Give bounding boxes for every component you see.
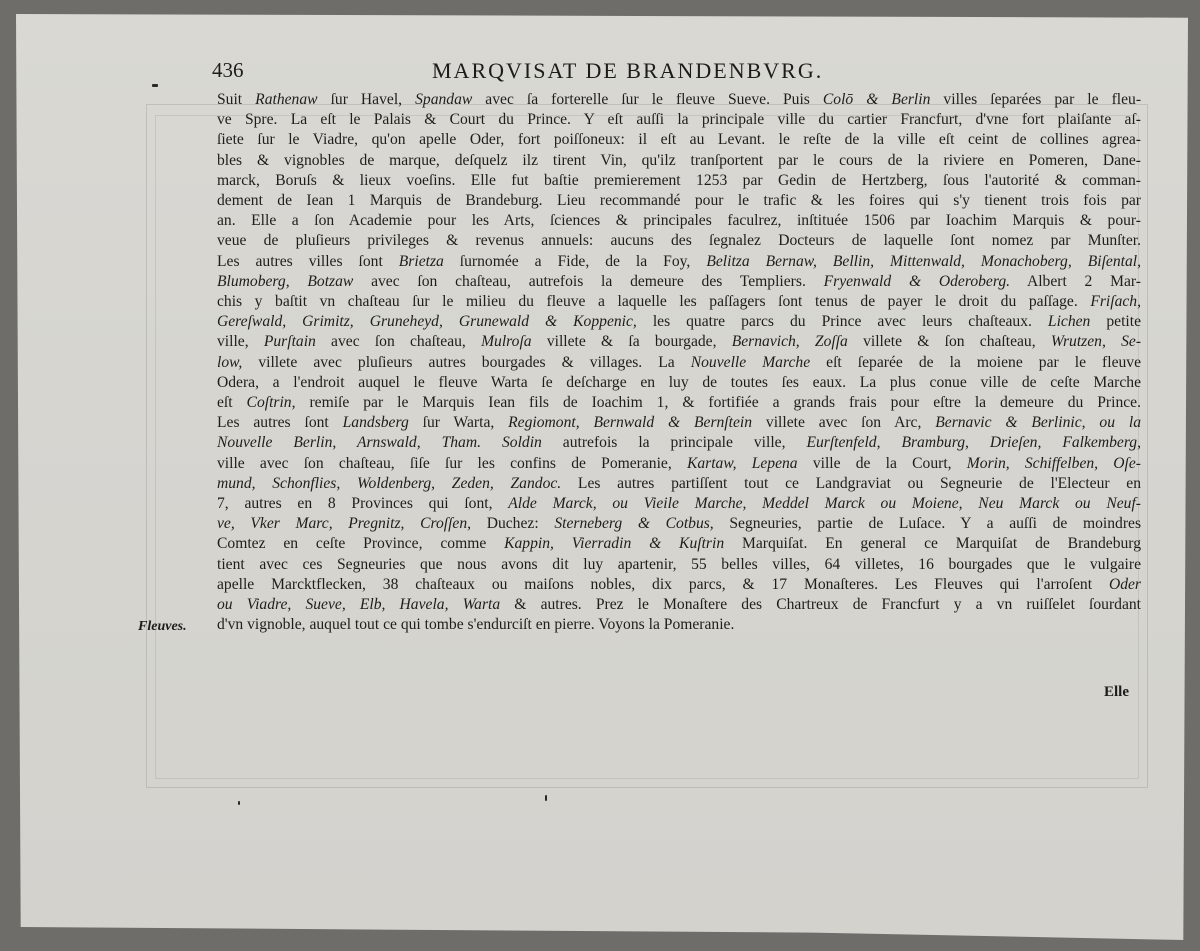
- text-line: tient avec ces Segneuries que nous avons…: [217, 555, 1141, 575]
- text-run: ſur Warta,: [409, 414, 508, 431]
- text-line: low, villete avec pluſieurs autres bourg…: [217, 353, 1141, 373]
- italic-proper-noun: Bernavic & Berlinic, ou la: [935, 414, 1141, 431]
- italic-proper-noun: Spandaw: [415, 91, 472, 108]
- text-line: Gereſwald, Grimitz, Gruneheyd, Grunewald…: [217, 312, 1141, 332]
- italic-proper-noun: Morin, Schiffelben, Oſe-: [967, 455, 1141, 472]
- text-line: ve Spre. La eſt le Palais & Court du Pri…: [217, 110, 1141, 130]
- text-run: petite: [1090, 313, 1141, 330]
- text-line: d'vn vignoble, auquel tout ce qui tombe …: [217, 615, 1141, 635]
- text-line: Blumoberg, Botzaw avec ſon chaſteau, aut…: [217, 272, 1141, 292]
- italic-proper-noun: Lichen: [1048, 313, 1090, 330]
- italic-proper-noun: Mulroſa: [481, 333, 532, 350]
- italic-proper-noun: low,: [217, 354, 242, 371]
- italic-proper-noun: Purſtain: [264, 333, 316, 350]
- italic-proper-noun: Nouvelle Marche: [691, 354, 810, 371]
- page-number: 436: [212, 58, 244, 83]
- ink-speck: [152, 84, 158, 87]
- text-run: ville,: [217, 333, 264, 350]
- italic-proper-noun: Eurſtenfeld, Bramburg, Drieſen, Falkembe…: [806, 434, 1141, 451]
- italic-proper-noun: Nouvelle Berlin, Arnswald, Tham. Soldin: [217, 434, 542, 451]
- text-line: bles & vignobles de marque, deſquelz ilz…: [217, 151, 1141, 171]
- text-run: les quatre parcs du Prince avec leurs ch…: [637, 313, 1048, 330]
- text-line: ville, Purſtain avec ſon chaſteau, Mulro…: [217, 332, 1141, 352]
- italic-proper-noun: ou Viadre, Sueve, Elb, Havela, Warta: [217, 596, 500, 613]
- italic-proper-noun: Bernavich, Zoſſa: [732, 333, 848, 350]
- text-run: Les autres villes ſont: [217, 253, 399, 270]
- text-run: ville avec ſon chaſteau, ſiſe ſur les co…: [217, 455, 687, 472]
- text-line: apelle Marcktflecken, 38 chaſteaux ou ma…: [217, 575, 1141, 595]
- text-run: ſurnomée a Fide, de la Foy,: [444, 253, 707, 270]
- catchword: Elle: [1104, 684, 1129, 701]
- text-run: Odera, a l'endroit auquel le fleuve Wart…: [217, 374, 1141, 391]
- text-line: ville avec ſon chaſteau, ſiſe ſur les co…: [217, 454, 1141, 474]
- italic-proper-noun: Kappin, Vierradin & Kuſtrin: [504, 535, 724, 552]
- text-run: chis y baſtit vn chaſteau ſur le milieu …: [217, 293, 1090, 310]
- italic-proper-noun: Fryenwald & Oderoberg.: [824, 273, 1010, 290]
- text-line: 7, autres en 8 Provinces qui ſont, Alde …: [217, 494, 1141, 514]
- text-run: villete avec ſon Arc,: [752, 414, 935, 431]
- text-line: ſiete ſur le Viadre, qu'on apelle Oder, …: [217, 130, 1141, 150]
- text-run: Duchez:: [471, 515, 554, 532]
- text-line: Suit Rathenaw ſur Havel, Spandaw avec ſa…: [217, 90, 1141, 110]
- text-run: 7, autres en 8 Provinces qui ſont,: [217, 495, 508, 512]
- text-run: Les autres partiſſent tout ce Landgravia…: [561, 475, 1141, 492]
- text-run: ſur Havel,: [318, 91, 416, 108]
- italic-proper-noun: Rathenaw: [255, 91, 317, 108]
- text-line: ve, Vker Marc, Pregnitz, Croſſen, Duchez…: [217, 514, 1141, 534]
- italic-proper-noun: Friſach,: [1090, 293, 1141, 310]
- italic-proper-noun: Landsberg: [343, 414, 409, 431]
- text-line: Nouvelle Berlin, Arnswald, Tham. Soldin …: [217, 433, 1141, 453]
- text-run: remiſe par le Marquis Iean fils de Ioach…: [296, 394, 1141, 411]
- text-line: ou Viadre, Sueve, Elb, Havela, Warta & a…: [217, 595, 1141, 615]
- ink-speck: [238, 801, 240, 805]
- italic-proper-noun: Colō & Berlin: [823, 91, 931, 108]
- italic-proper-noun: Regiomont, Bernwald & Bernſtein: [508, 414, 752, 431]
- italic-proper-noun: Belitza Bernaw, Bellin, Mittenwald, Mona…: [706, 253, 1141, 270]
- text-run: d'vn vignoble, auquel tout ce qui tombe …: [217, 616, 734, 633]
- text-line: marck, Boruſs & lieux voeſins. Elle fut …: [217, 171, 1141, 191]
- text-line: chis y baſtit vn chaſteau ſur le milieu …: [217, 292, 1141, 312]
- text-run: eſt ſeparée de la moiene par le fleuve: [810, 354, 1141, 371]
- text-run: eſt: [217, 394, 247, 411]
- text-run: tient avec ces Segneuries que nous avons…: [217, 556, 1141, 573]
- italic-proper-noun: mund, Schonflies, Woldenberg, Zeden, Zan…: [217, 475, 561, 492]
- text-line: Comtez en ceſte Province, comme Kappin, …: [217, 534, 1141, 554]
- text-run: ve Spre. La eſt le Palais & Court du Pri…: [217, 111, 1141, 128]
- text-run: Suit: [217, 91, 255, 108]
- italic-proper-noun: Blumoberg, Botzaw: [217, 273, 353, 290]
- text-run: avec ſon chaſteau,: [316, 333, 481, 350]
- text-run: bles & vignobles de marque, deſquelz ilz…: [217, 152, 1141, 169]
- text-run: dement de Iean 1 Marquis de Brandeburg. …: [217, 192, 1141, 209]
- text-run: an. Elle a ſon Academie pour les Arts, ſ…: [217, 212, 1141, 229]
- text-run: villete avec pluſieurs autres bourgades …: [242, 354, 690, 371]
- text-run: Marquiſat. En general ce Marquiſat de Br…: [724, 535, 1141, 552]
- text-run: veue de pluſieurs privileges & revenus a…: [217, 232, 1141, 249]
- text-run: avec ſon chaſteau, autrefois la demeure …: [353, 273, 823, 290]
- italic-proper-noun: Brietza: [399, 253, 444, 270]
- text-run: ſiete ſur le Viadre, qu'on apelle Oder, …: [217, 131, 1141, 148]
- italic-proper-noun: Wrutzen, Se-: [1051, 333, 1141, 350]
- text-run: marck, Boruſs & lieux voeſins. Elle fut …: [217, 172, 1141, 189]
- text-run: autrefois la principale ville,: [542, 434, 807, 451]
- italic-proper-noun: ve, Vker Marc, Pregnitz, Croſſen,: [217, 515, 471, 532]
- text-line: Odera, a l'endroit auquel le fleuve Wart…: [217, 373, 1141, 393]
- body-text: Suit Rathenaw ſur Havel, Spandaw avec ſa…: [217, 90, 1141, 635]
- text-line: Les autres villes ſont Brietza ſurnomée …: [217, 252, 1141, 272]
- text-line: dement de Iean 1 Marquis de Brandeburg. …: [217, 191, 1141, 211]
- text-line: an. Elle a ſon Academie pour les Arts, ſ…: [217, 211, 1141, 231]
- text-run: villete & ſa bourgade,: [532, 333, 732, 350]
- text-line: veue de pluſieurs privileges & revenus a…: [217, 231, 1141, 251]
- italic-proper-noun: Sterneberg & Cotbus,: [554, 515, 713, 532]
- text-run: ville de la Court,: [798, 455, 967, 472]
- text-run: Les autres ſont: [217, 414, 343, 431]
- text-run: Segneuries, partie de Luſace. Y a auſſi …: [714, 515, 1141, 532]
- text-run: Comtez en ceſte Province, comme: [217, 535, 504, 552]
- text-run: & autres. Prez le Monaſtere des Chartreu…: [500, 596, 1141, 613]
- italic-proper-noun: Kartaw, Lepena: [687, 455, 798, 472]
- text-run: villete & ſon chaſteau,: [848, 333, 1051, 350]
- margin-note: Fleuves.: [138, 619, 187, 635]
- text-run: apelle Marcktflecken, 38 chaſteaux ou ma…: [217, 576, 1109, 593]
- text-run: villes ſeparées par le fleu-: [930, 91, 1141, 108]
- running-head-title: MARQVISAT DE BRANDENBVRG.: [432, 58, 823, 84]
- text-run: Albert 2 Mar-: [1010, 273, 1141, 290]
- italic-proper-noun: Oder: [1109, 576, 1141, 593]
- text-run: avec ſa forterelle ſur le fleuve Sueve. …: [472, 91, 823, 108]
- italic-proper-noun: Alde Marck, ou Vieile Marche, Meddel Mar…: [508, 495, 1141, 512]
- italic-proper-noun: Gereſwald, Grimitz, Gruneheyd, Grunewald…: [217, 313, 637, 330]
- ink-speck: [545, 795, 547, 801]
- text-line: Les autres ſont Landsberg ſur Warta, Reg…: [217, 413, 1141, 433]
- text-line: eſt Coſtrin, remiſe par le Marquis Iean …: [217, 393, 1141, 413]
- text-line: mund, Schonflies, Woldenberg, Zeden, Zan…: [217, 474, 1141, 494]
- italic-proper-noun: Coſtrin,: [247, 394, 296, 411]
